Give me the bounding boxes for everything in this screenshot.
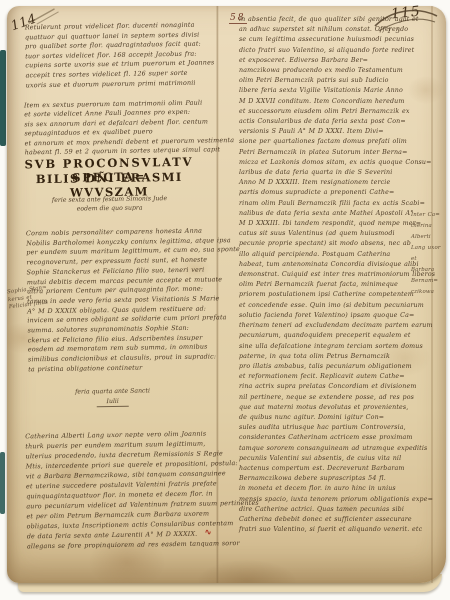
text-line: versionis S Pauli A° M D XXXI. Item Divi… (239, 127, 435, 137)
right-margin-note: Inter Ca=therinaAlbertiLang uxoretBarbar… (411, 210, 444, 298)
right-page-text: in absentia fecit, de quo qualiter sibi … (239, 15, 435, 535)
text-line: que aut materni motus devolutas et prove… (239, 403, 435, 413)
text-line: et reformationem fecit. Replicavit autem… (239, 372, 435, 382)
text-line: Catherina debebit donec et sufficienter … (239, 515, 435, 525)
text-line: mensis spacio, iuxta tenorem priorum obl… (239, 495, 435, 505)
text-line: laribus de data feria quarta in die S Se… (239, 168, 435, 178)
text-line: illo aliquid percipienda. Postquam Cathe… (239, 250, 435, 260)
text-line: rinam olim Pauli Bernamczik filii facta … (239, 199, 435, 209)
text-line: et exposceret. Ediverso Barbara Ber= (239, 56, 435, 66)
text-line: pecuniarum, quandoquidem preceperit equa… (239, 331, 435, 341)
text-line: Bernam= (411, 276, 444, 287)
text-line: fratri suo Valentino, si fuerit et aliqu… (239, 525, 435, 535)
right-page: 58 115 15 in absentia fecit, de quo qual… (7, 6, 446, 583)
text-line: demonstrat. Cuiquid est inter tres matri… (239, 270, 435, 280)
text-line: olim Petri Bernamczik fuerat facta, mini… (239, 280, 435, 290)
text-line: considerantes Catherinam actricem esse p… (239, 433, 435, 443)
text-line: in absentia fecit, de quo qualiter sibi … (239, 15, 435, 25)
text-line: therinam teneri ad excludendam decimam p… (239, 321, 435, 331)
text-line: dire Catherine actrici. Quas tamen pecun… (239, 505, 435, 515)
text-line: tamque sororem consanguineam ad utramque… (239, 444, 435, 454)
text-line: se cum legittima assecuratione huiusmodi… (239, 35, 435, 45)
text-line: Alberti (411, 232, 444, 243)
text-line: priorem postulationem ipsi Catherine com… (239, 290, 435, 300)
text-line: actis Consularibus de data feria sexta p… (239, 117, 435, 127)
manuscript-page-spread: 114 Retulerunt prout videlicet flor. duc… (7, 6, 446, 583)
text-line: pro illatis ambabus, talis pecuniarum ob… (239, 362, 435, 372)
text-line: solutio facienda foret Valentino) ipsam … (239, 311, 435, 321)
text-line: de quibus nunc agitur. Domini igitur Con… (239, 413, 435, 423)
text-line: nalibus de data feria sexta ante Mathei … (239, 209, 435, 219)
text-line: an adhuc superstet sit nihilum constat. … (239, 25, 435, 35)
text-line: Barbara (411, 265, 444, 276)
text-line: paterne, in qua tota olim Petrus Bernamc… (239, 352, 435, 362)
text-line: rina actrix supra prelatas Concordiam et… (239, 382, 435, 392)
text-line: et concedende esse. Quin imo (si debitum… (239, 301, 435, 311)
text-line: Inter Ca= (411, 210, 444, 221)
text-line: catus sit suus Valentinus (ad quem huius… (239, 229, 435, 239)
binding-edge-bottom (0, 452, 5, 514)
text-line: sine ulla defalcatione integram terciam … (239, 342, 435, 352)
text-line: et (411, 254, 444, 265)
text-line: hactenus compertum est. Decreverunt Barb… (239, 464, 435, 474)
text-line: nil pertinere, neque se extendere posse,… (239, 393, 435, 403)
manuscript-photo: 114 Retulerunt prout videlicet flor. duc… (0, 0, 450, 600)
text-line: micza et Lazkonis domos sitam, ex actis … (239, 158, 435, 168)
text-line: partis domus supradicte a preponenti Cat… (239, 188, 435, 198)
text-line: therina (411, 221, 444, 232)
text-line: Petri Bernamczik in platea Sutorum inter… (239, 148, 435, 158)
text-line: in moneta et decem flor. in auro hinc in… (239, 484, 435, 494)
text-line: Bernamczikowa debere suprascriptas 54 fl… (239, 474, 435, 484)
text-line: et successorum eiusdem olim Petri Bernam… (239, 107, 435, 117)
text-line: dicto fratri suo Valentino, si aliquando… (239, 46, 435, 56)
text-line: M D XXXIII. Ibi tandem respondit, quod n… (239, 219, 435, 229)
text-line: habeat, tum antenominata Concordia divis… (239, 260, 435, 270)
text-line: sione per quartaliones factam domus pref… (239, 137, 435, 147)
text-line: pecuniis Valentini sui absentis, de cuiu… (239, 454, 435, 464)
text-line: Anno M D XXXIII. Item resignationem terc… (239, 178, 435, 188)
text-line: Lang uxor (411, 243, 444, 254)
text-line: czikowa (411, 287, 444, 298)
text-line: libere feria sexta Vigilie Visitationis … (239, 86, 435, 96)
text-line: olim Petri Bernamczik patris sui sub Iud… (239, 76, 435, 86)
text-line: pecunie proprie spectant) sit modo absen… (239, 239, 435, 249)
text-line: sules audita utriusque hac partium Contr… (239, 423, 435, 433)
text-line: M D XXVII conditum. Item Concordiam here… (239, 97, 435, 107)
text-line: namczikowa producendo ex medio Testament… (239, 66, 435, 76)
